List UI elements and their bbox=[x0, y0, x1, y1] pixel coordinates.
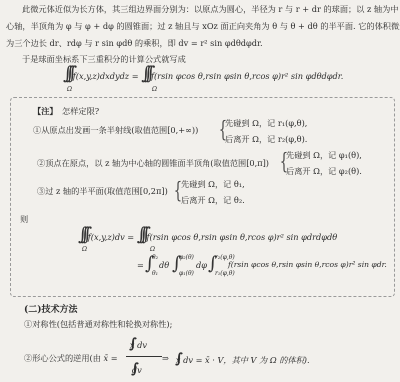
note-item-3-second: 后离开 Ω，记 θ₂. bbox=[181, 195, 245, 206]
integral-symbol: ∫ bbox=[208, 255, 210, 273]
note-item-2-second: 后离开 Ω，记 φ₂(θ). bbox=[286, 166, 362, 177]
note-item-1-first: 先碰到 Ω，记 r₁(φ,θ), bbox=[225, 118, 307, 129]
note-item-1-second: 后离开 Ω，记 r₂(φ,θ). bbox=[225, 134, 307, 145]
domain-label: Ω bbox=[67, 86, 72, 93]
note-question: 怎样定限? bbox=[62, 106, 99, 117]
method-item-2-result: ∫∫∫x dv = x̄ · V，其中 V 为 Ω 的体积). bbox=[175, 350, 310, 368]
formula-spherical-dv: ∫∫∫ f(x,y,z)dv = ∫∫∫ f(rsin φcos θ,rsin … bbox=[78, 226, 337, 244]
paragraph-line: 心轴，半顶角为 φ 与 φ + dφ 的圆锥面；过 z 轴且与 xOz 面正向夹… bbox=[6, 21, 400, 32]
method-item-2: ②形心公式的逆用(由 x̄ = bbox=[24, 353, 118, 364]
triple-integral-symbol: ∫∫∫ bbox=[137, 224, 144, 245]
section-heading: (二)技术方法 bbox=[24, 302, 78, 315]
fraction-denominator: ∫∫∫dv bbox=[131, 360, 142, 378]
formula-iterated: = bbox=[137, 260, 144, 270]
triple-integral-symbol: ∫∫∫ bbox=[78, 224, 85, 245]
note-item-2: ②顶点在原点，以 z 轴为中心轴的圆锥面半顶角(取值范围[0,π]) bbox=[37, 158, 269, 169]
triple-integral-symbol: ∫∫∫ bbox=[141, 63, 148, 84]
triple-integral-symbol: ∫∫∫ bbox=[63, 63, 70, 84]
integral-symbol: ∫ bbox=[172, 255, 174, 273]
integral-symbol: ∫ bbox=[145, 255, 147, 273]
formula-spherical: ∫∫∫ f(x,y,z)dxdydz = ∫∫∫ f(rsin φcos θ,r… bbox=[63, 65, 343, 83]
note-item-1: ①从原点出发画一条半射线(取值范围[0,+∞)) bbox=[33, 125, 198, 136]
paragraph-line: 为三个边长 dr、rdφ 与 r sin φdθ 的乘积，即 dv = r² s… bbox=[6, 38, 263, 49]
implies-arrow: ⇒ bbox=[162, 353, 169, 363]
paragraph-line: 于是球面坐标系下三重积分的计算公式就写成 bbox=[22, 54, 186, 65]
note-item-3-first: 先碰到 Ω，记 θ₁, bbox=[181, 179, 245, 190]
note-item-3: ③过 z 轴的半平面(取值范围[0,2π]) bbox=[37, 186, 168, 197]
then-label: 则 bbox=[20, 214, 28, 225]
method-item-1: ①对称性(包括普通对称性和轮换对称性); bbox=[24, 319, 172, 330]
fraction-bar bbox=[126, 356, 162, 357]
note-title: 【注】 bbox=[33, 106, 58, 117]
fraction-numerator: ∫∫∫x dv bbox=[129, 335, 147, 353]
domain-label: Ω bbox=[150, 246, 155, 253]
paragraph-line: 此微元体近似为长方体，其三组边界面分别为：以原点为圆心，半径为 r 与 r + … bbox=[22, 4, 398, 15]
domain-label: Ω bbox=[82, 246, 87, 253]
note-item-2-first: 先碰到 Ω，记 φ₁(θ), bbox=[286, 150, 362, 161]
domain-label: Ω bbox=[152, 86, 157, 93]
